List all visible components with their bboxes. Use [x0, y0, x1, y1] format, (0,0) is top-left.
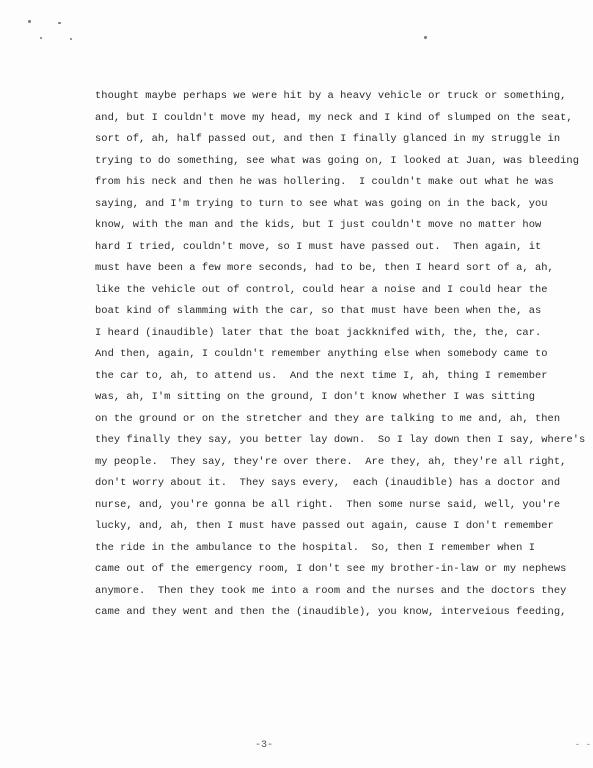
text-line: the car to, ah, to attend us. And the ne… — [95, 366, 585, 388]
text-line: don't worry about it. They says every, e… — [95, 473, 585, 495]
text-line: anymore. Then they took me into a room a… — [95, 581, 585, 603]
text-line: and, but I couldn't move my head, my nec… — [95, 108, 585, 130]
text-line: trying to do something, see what was goi… — [95, 151, 585, 173]
transcript-body: thought maybe perhaps we were hit by a h… — [95, 86, 585, 624]
text-line: I heard (inaudible) later that the boat … — [95, 323, 585, 345]
text-line: nurse, and, you're gonna be all right. T… — [95, 495, 585, 517]
scan-speck — [28, 20, 31, 23]
edge-mark: - - — [575, 740, 591, 750]
text-line: my people. They say, they're over there.… — [95, 452, 585, 474]
text-line: the ride in the ambulance to the hospita… — [95, 538, 585, 560]
text-line: came out of the emergency room, I don't … — [95, 559, 585, 581]
text-line: came and they went and then the (inaudib… — [95, 602, 585, 624]
text-line: hard I tried, couldn't move, so I must h… — [95, 237, 585, 259]
text-line: saying, and I'm trying to turn to see wh… — [95, 194, 585, 216]
text-line: sort of, ah, half passed out, and then I… — [95, 129, 585, 151]
page-number: -3- — [255, 740, 273, 751]
document-page: thought maybe perhaps we were hit by a h… — [0, 0, 593, 768]
text-line: boat kind of slamming with the car, so t… — [95, 301, 585, 323]
text-line: thought maybe perhaps we were hit by a h… — [95, 86, 585, 108]
text-line: like the vehicle out of control, could h… — [95, 280, 585, 302]
text-line: they finally they say, you better lay do… — [95, 430, 585, 452]
text-line: And then, again, I couldn't remember any… — [95, 344, 585, 366]
text-line: on the ground or on the stretcher and th… — [95, 409, 585, 431]
text-line: lucky, and, ah, then I must have passed … — [95, 516, 585, 538]
text-line: must have been a few more seconds, had t… — [95, 258, 585, 280]
scan-speck — [40, 37, 42, 39]
scan-speck — [58, 22, 61, 24]
scan-speck — [424, 36, 427, 39]
text-line: from his neck and then he was hollering.… — [95, 172, 585, 194]
text-line: know, with the man and the kids, but I j… — [95, 215, 585, 237]
scan-speck — [70, 38, 72, 40]
text-line: was, ah, I'm sitting on the ground, I do… — [95, 387, 585, 409]
